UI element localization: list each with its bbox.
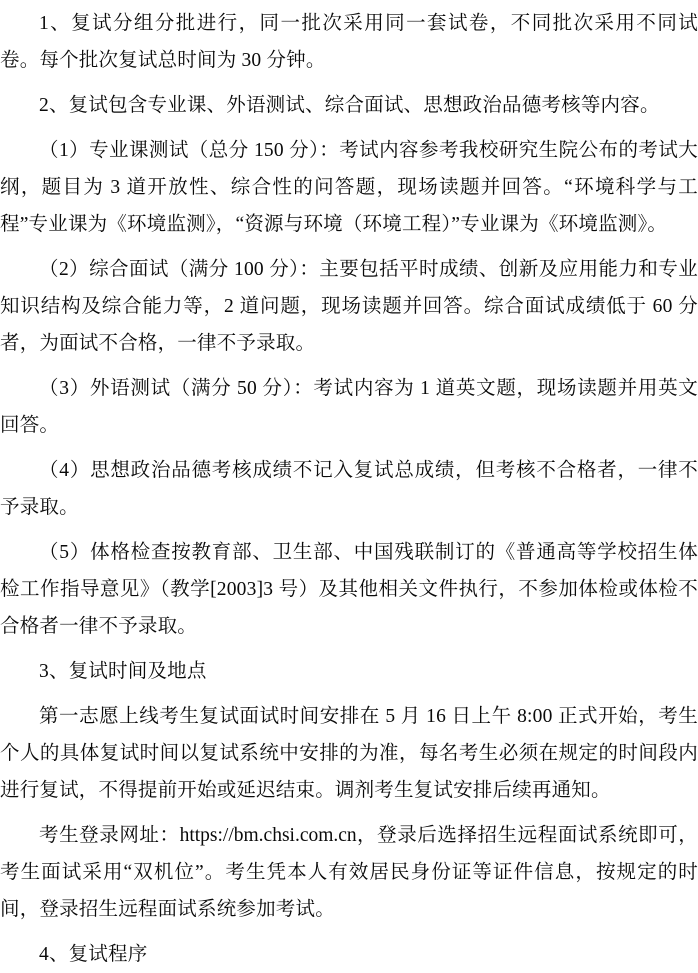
paragraph-foreign-language-test: （3）外语测试（满分 50 分）：考试内容为 1 道英文题，现场读题并用英文回答… [0,370,698,444]
paragraph-professional-course-test: （1）专业课测试（总分 150 分）：考试内容参考我校研究生院公布的考试大纲，题… [0,132,698,243]
login-url-prefix: 考生登录网址： [39,825,180,846]
document-page: 1、复试分组分批进行，同一批次采用同一套试卷，不同批次采用不同试卷。每个批次复试… [0,0,698,973]
paragraph-comprehensive-interview: （2）综合面试（满分 100 分）：主要包括平时成绩、创新及应用能力和专业知识结… [0,251,698,362]
heading-retest-procedure: 4、复试程序 [0,936,698,973]
paragraph-physical-examination: （5）体格检查按教育部、卫生部、中国残联制订的《普通高等学校招生体检工作指导意见… [0,534,698,645]
heading-retest-time-location: 3、复试时间及地点 [0,653,698,690]
paragraph-batch-rules: 1、复试分组分批进行，同一批次采用同一套试卷，不同批次采用不同试卷。每个批次复试… [0,5,698,79]
paragraph-political-morality-assessment: （4）思想政治品德考核成绩不记入复试总成绩，但考核不合格者，一律不予录取。 [0,452,698,526]
candidate-login-url: https://bm.chsi.com.cn [180,825,357,846]
paragraph-retest-schedule: 第一志愿上线考生复试面试时间安排在 5 月 16 日上午 8:00 正式开始，考… [0,698,698,809]
paragraph-retest-contents: 2、复试包含专业课、外语测试、综合面试、思想政治品德考核等内容。 [0,87,698,124]
paragraph-login-instructions: 考生登录网址：https://bm.chsi.com.cn，登录后选择招生远程面… [0,817,698,928]
